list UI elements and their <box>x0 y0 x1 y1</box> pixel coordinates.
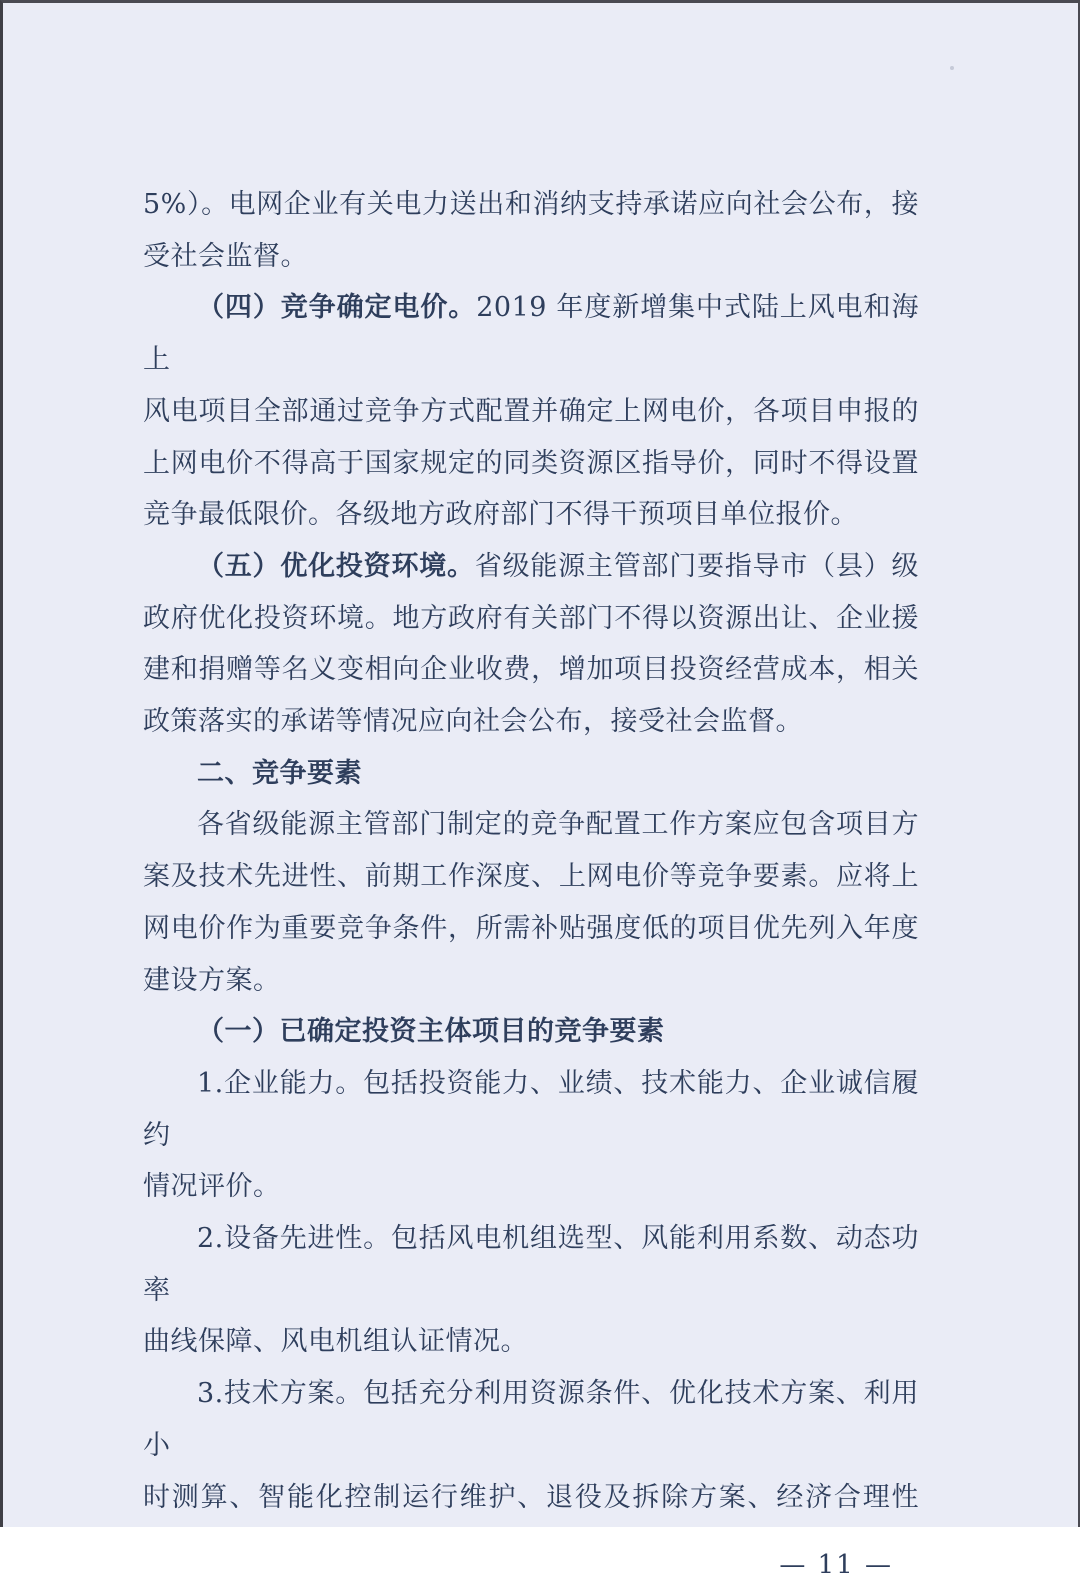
doc-line: 5%）。电网企业有关电力送出和消纳支持承诺应向社会公布，接 <box>143 179 919 231</box>
doc-line-text: 政府优化投资环境。地方政府有关部门不得以资源出让、企业援 <box>143 603 919 634</box>
doc-line: 案及技术先进性、前期工作深度、上网电价等竞争要素。应将上 <box>143 851 919 903</box>
doc-line-text: 竞争最低限价。各级地方政府部门不得干预项目单位报价。 <box>143 499 858 530</box>
doc-line: 竞争最低限价。各级地方政府部门不得干预项目单位报价。 <box>143 489 919 541</box>
doc-line: （四）竞争确定电价。2019 年度新增集中式陆上风电和海上 <box>143 282 919 385</box>
doc-line-text: 网电价作为重要竞争条件，所需补贴强度低的项目优先列入年度 <box>143 913 919 944</box>
scanned-document-page: 5%）。电网企业有关电力送出和消纳支持承诺应向社会公布，接受社会监督。（四）竞争… <box>0 0 1080 1527</box>
doc-line: 风电项目全部通过竞争方式配置并确定上网电价，各项目申报的 <box>143 386 919 438</box>
doc-line: 上网电价不得高于国家规定的同类资源区指导价，同时不得设置 <box>143 438 919 490</box>
scan-artifact-speck <box>950 66 954 70</box>
doc-line-bold-leadin: （五）优化投资环境。 <box>197 551 475 582</box>
doc-line-text: 风电项目全部通过竞争方式配置并确定上网电价，各项目申报的 <box>143 396 919 427</box>
doc-line: 情况评价。 <box>143 1161 919 1213</box>
doc-line-text: 时测算、智能化控制运行维护、退役及拆除方案、经济合理性 <box>143 1482 919 1513</box>
doc-line-text: 各省级能源主管部门制定的竞争配置工作方案应包含项目方 <box>197 809 919 840</box>
doc-line: 建和捐赠等名义变相向企业收费，增加项目投资经营成本，相关 <box>143 644 919 696</box>
doc-line-text: 情况评价。 <box>143 1171 281 1202</box>
doc-line: 1.企业能力。包括投资能力、业绩、技术能力、企业诚信履约 <box>143 1058 919 1161</box>
doc-line-text: 案及技术先进性、前期工作深度、上网电价等竞争要素。应将上 <box>143 861 919 892</box>
doc-line: 2.设备先进性。包括风电机组选型、风能利用系数、动态功率 <box>143 1213 919 1316</box>
doc-line: 建设方案。 <box>143 955 919 1007</box>
doc-line-text: 3.技术方案。包括充分利用资源条件、优化技术方案、利用小 <box>143 1378 919 1461</box>
doc-line-text: 上网电价不得高于国家规定的同类资源区指导价，同时不得设置 <box>143 448 919 479</box>
doc-line: （一）已确定投资主体项目的竞争要素 <box>143 1006 919 1058</box>
doc-line: 曲线保障、风电机组认证情况。 <box>143 1316 919 1368</box>
doc-line: 各省级能源主管部门制定的竞争配置工作方案应包含项目方 <box>143 799 919 851</box>
doc-line-text: 受社会监督。 <box>143 241 308 272</box>
doc-line: 二、竞争要素 <box>143 748 919 800</box>
doc-line: 政策落实的承诺等情况应向社会公布，接受社会监督。 <box>143 696 919 748</box>
doc-line-text: 省级能源主管部门要指导市（县）级 <box>475 551 919 582</box>
doc-line: （五）优化投资环境。省级能源主管部门要指导市（县）级 <box>143 541 919 593</box>
doc-line-text: 建和捐赠等名义变相向企业收费，增加项目投资经营成本，相关 <box>143 654 919 685</box>
doc-line-text: 曲线保障、风电机组认证情况。 <box>143 1326 528 1357</box>
doc-line-text: 2.设备先进性。包括风电机组选型、风能利用系数、动态功率 <box>143 1223 919 1306</box>
doc-line-text: 政策落实的承诺等情况应向社会公布，接受社会监督。 <box>143 706 803 737</box>
doc-line-bold-leadin: 二、竞争要素 <box>197 758 362 789</box>
doc-line: 网电价作为重要竞争条件，所需补贴强度低的项目优先列入年度 <box>143 903 919 955</box>
doc-line: 时测算、智能化控制运行维护、退役及拆除方案、经济合理性 <box>143 1472 919 1524</box>
doc-line: 政府优化投资环境。地方政府有关部门不得以资源出让、企业援 <box>143 593 919 645</box>
doc-line-text: 建设方案。 <box>143 965 281 996</box>
doc-line-bold-leadin: （四）竞争确定电价。 <box>197 292 476 323</box>
doc-line-text: 1.企业能力。包括投资能力、业绩、技术能力、企业诚信履约 <box>143 1068 919 1151</box>
document-text-block: 5%）。电网企业有关电力送出和消纳支持承诺应向社会公布，接受社会监督。（四）竞争… <box>143 179 919 1527</box>
document-lines: 5%）。电网企业有关电力送出和消纳支持承诺应向社会公布，接受社会监督。（四）竞争… <box>143 179 919 1523</box>
doc-line-bold-leadin: （一）已确定投资主体项目的竞争要素 <box>197 1016 665 1047</box>
doc-line: 3.技术方案。包括充分利用资源条件、优化技术方案、利用小 <box>143 1368 919 1471</box>
doc-line: 受社会监督。 <box>143 231 919 283</box>
doc-line-text: 5%）。电网企业有关电力送出和消纳支持承诺应向社会公布，接 <box>143 189 919 220</box>
